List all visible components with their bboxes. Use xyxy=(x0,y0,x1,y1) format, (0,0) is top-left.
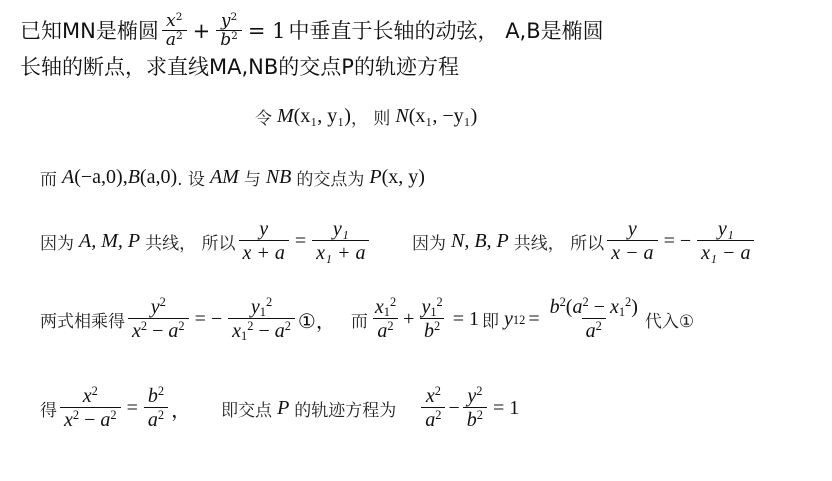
problem-text-suffix: 中垂直于长轴的动弦， A,B是椭圆 xyxy=(289,16,604,46)
fraction: y x − a xyxy=(607,218,657,265)
step-let-m: 令 M(x₁, y₁) ， 则 N(x₁, −y₁) xyxy=(255,104,477,129)
step-result: 得 x2 x2 − a2 = b2 a2 ， 即交点 P 的轨迹方程为 x2 a… xyxy=(40,385,522,432)
answer-y-term: y2 b2 xyxy=(463,385,487,432)
step-define-ab: 而 A(−a,0), B(a,0) . 设 AM 与 NB 的交点为 P(x, … xyxy=(40,165,425,190)
problem-text-prefix: 已知MN是椭圆 xyxy=(20,16,159,46)
answer-x-term: x2 a2 xyxy=(421,385,445,432)
fraction: x12 a2 xyxy=(371,296,400,343)
problem-line-2: 长轴的断点，求直线MA,NB的交点P的轨迹方程 xyxy=(20,52,459,82)
fraction: x2 x2 − a2 xyxy=(60,385,121,432)
fraction: y2 x2 − a2 xyxy=(128,296,189,343)
step-multiply: 两式相乘得 y2 x2 − a2 = − y12 x12 − a2 ①， 而 x… xyxy=(40,296,694,343)
fraction: y12 b2 xyxy=(417,296,446,343)
ellipse-x-term: x2 a2 xyxy=(162,12,187,49)
fraction: y12 x12 − a2 xyxy=(228,296,295,343)
step-collinear-left: 因为 A, M, P 共线， 所以 y x + a = y₁ x₁ + a xyxy=(40,218,372,265)
fraction: y₁ x₁ + a xyxy=(312,218,369,265)
fraction: b2(a2 − x12) a2 xyxy=(546,296,642,343)
fraction: b2 a2 xyxy=(144,385,168,432)
step-collinear-right: 因为 N, B, P 共线， 所以 y x − a = − y₁ x₁ − a xyxy=(412,218,757,265)
ellipse-y-term: y2 b2 xyxy=(216,12,242,49)
fraction: y₁ x₁ − a xyxy=(697,218,754,265)
problem-line-1: 已知MN是椭圆 x2 a2 + y2 b2 = 1 中垂直于长轴的动弦， A,B… xyxy=(20,12,604,49)
fraction: y x + a xyxy=(239,218,289,265)
